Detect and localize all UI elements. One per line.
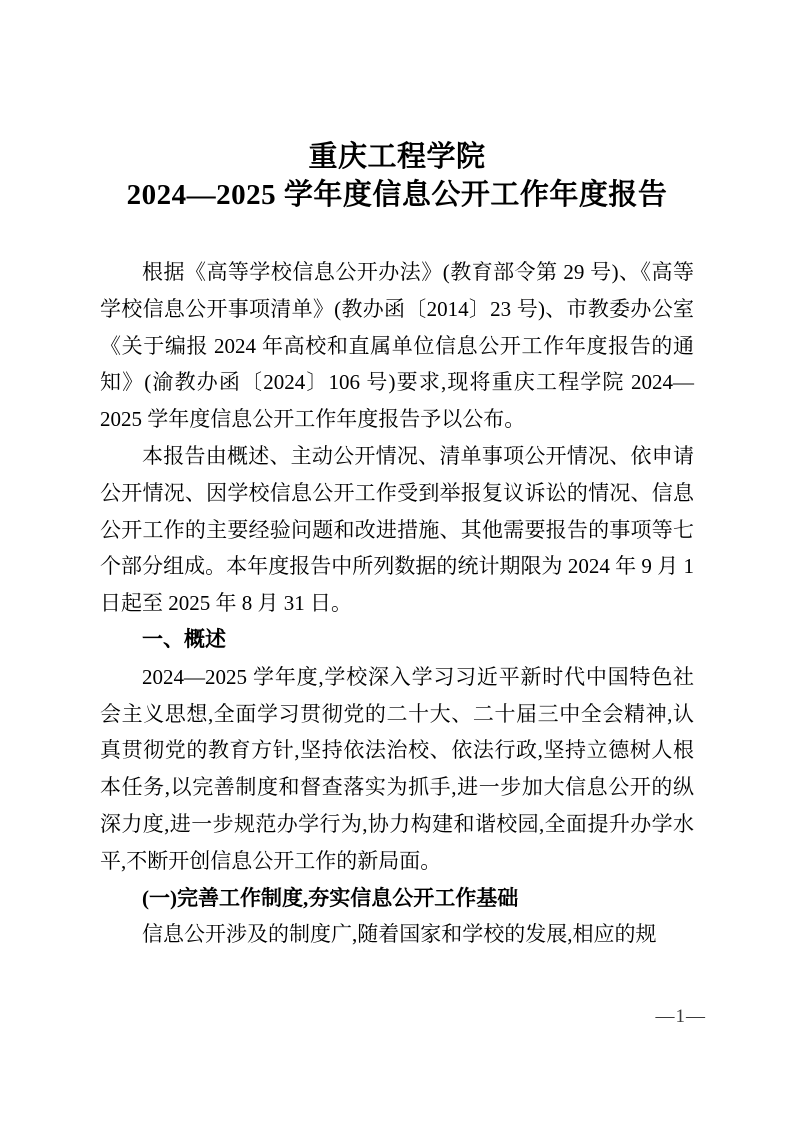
document-title-line1: 重庆工程学院	[100, 138, 694, 176]
paragraph-overview: 2024—2025 学年度,学校深入学习习近平新时代中国特色社会主义思想,全面学…	[100, 659, 694, 880]
document-title-line2: 2024—2025 学年度信息公开工作年度报告	[100, 176, 694, 214]
paragraph-system-intro: 信息公开涉及的制度广,随着国家和学校的发展,相应的规	[100, 916, 694, 953]
document-page: 重庆工程学院 2024—2025 学年度信息公开工作年度报告 根据《高等学校信息…	[0, 0, 794, 1122]
paragraph-basis: 根据《高等学校信息公开办法》(教育部令第 29 号)、《高等学校信息公开事项清单…	[100, 254, 694, 438]
section-heading-overview: 一、概述	[100, 622, 694, 659]
document-body: 根据《高等学校信息公开办法》(教育部令第 29 号)、《高等学校信息公开事项清单…	[100, 254, 694, 953]
document-title: 重庆工程学院 2024—2025 学年度信息公开工作年度报告	[100, 138, 694, 214]
document-content: 重庆工程学院 2024—2025 学年度信息公开工作年度报告 根据《高等学校信息…	[0, 0, 794, 953]
subsection-heading-work-system: (一)完善工作制度,夯实信息公开工作基础	[100, 880, 694, 917]
page-number: —1—	[656, 1006, 707, 1028]
paragraph-report-structure: 本报告由概述、主动公开情况、清单事项公开情况、依申请公开情况、因学校信息公开工作…	[100, 438, 694, 622]
